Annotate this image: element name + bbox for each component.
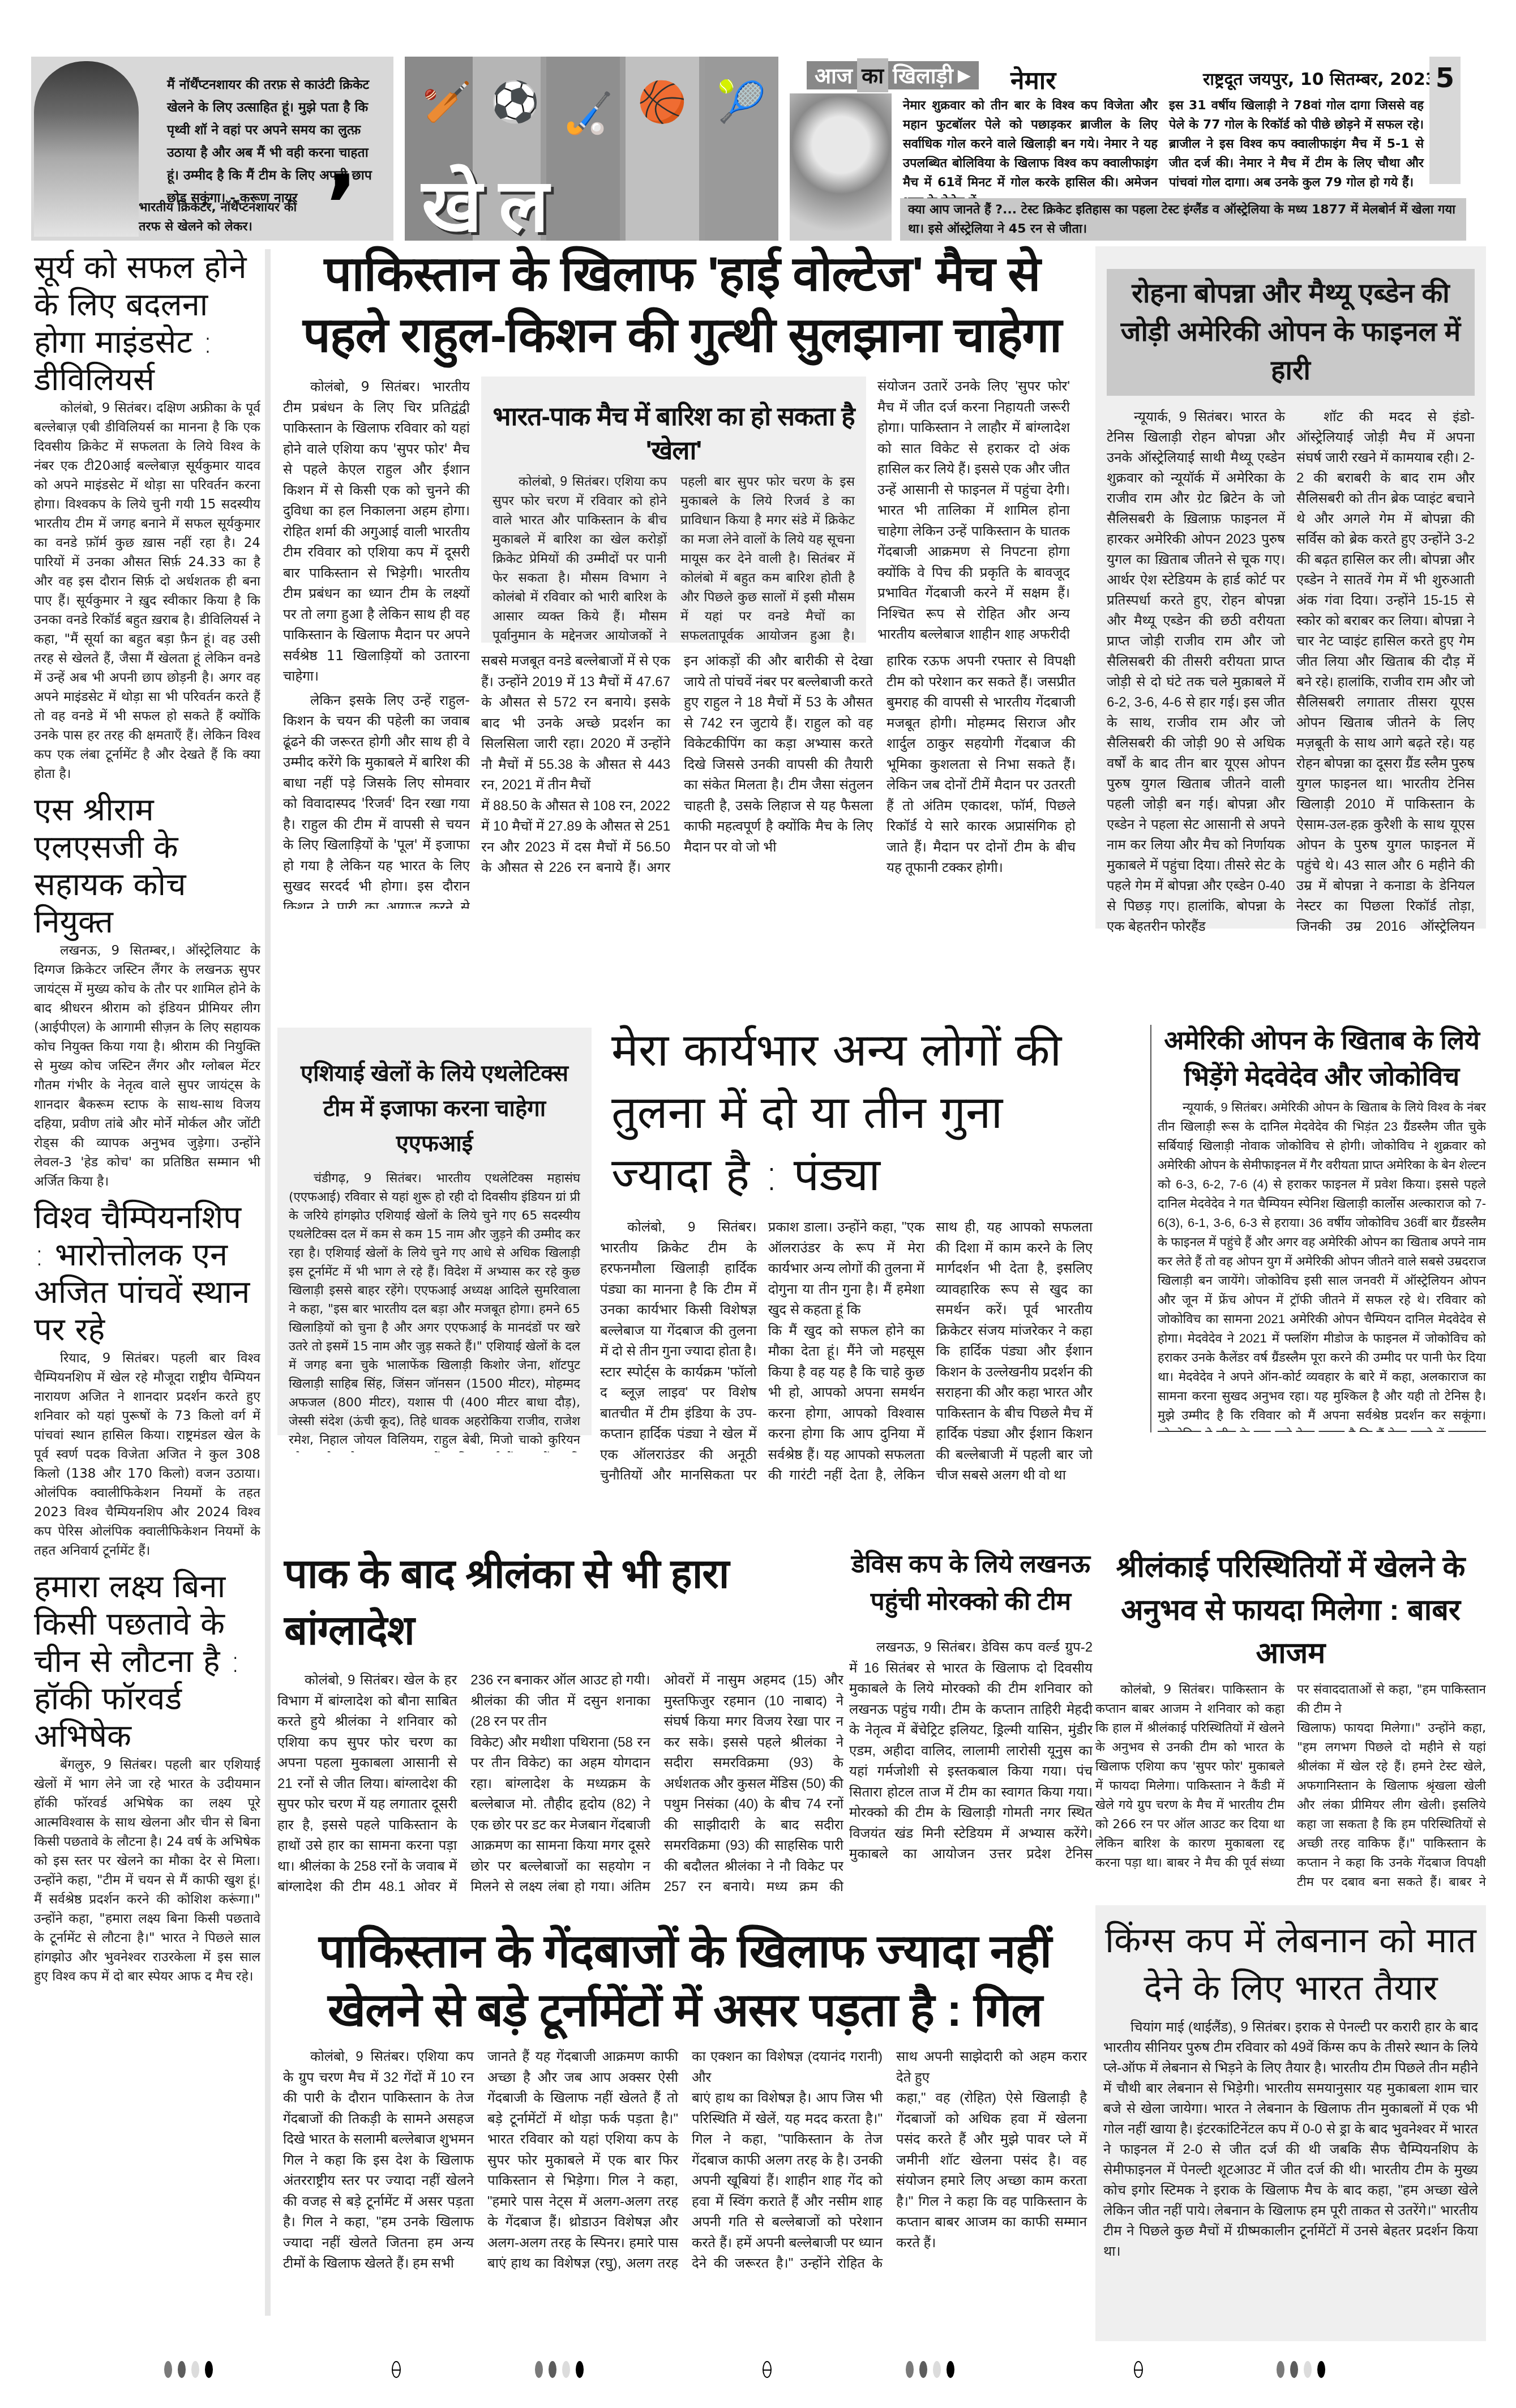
gill-body: कोलंबो, 9 सितंबर। एशिया कप के ग्रुप चरण … xyxy=(277,2047,1093,2330)
page-number: 5 xyxy=(1429,57,1461,184)
label-aaj: आज xyxy=(815,61,853,90)
kings-cup-body: चियांग माई (थाईलैंड), 9 सितंबर। इराक से … xyxy=(1103,2017,1478,2323)
body-sriram: लखनऊ, 9 सितम्बर,। ऑस्ट्रेलियाट के दिग्गज… xyxy=(34,941,260,1191)
did-you-know-box: क्या आप जानते हैं ?... टेस्ट क्रिकेट इति… xyxy=(900,198,1466,241)
section-logo-panel: 🏏 ⚽ 🏑 🏀 🎾 खेल जगत xyxy=(405,57,778,241)
lead-col-1: कोलंबो, 9 सितंबर। भारतीय टीम प्रबंधन के … xyxy=(283,377,470,909)
registration-mark-icon xyxy=(392,2361,401,2378)
player-bio-col-1: नेमार शुक्रवार को तीन बार के विश्व कप वि… xyxy=(903,96,1158,212)
hockey-icon: 🏑 xyxy=(558,79,620,147)
babar-article: श्रीलंकाई परिस्थितियों में खेलने के अनुभ… xyxy=(1095,1546,1486,1863)
tennis-icon: 🎾 xyxy=(710,68,773,136)
bopanna-col-2: शॉट की मदद से इंडो-ऑस्ट्रेलियाई जोड़ी मै… xyxy=(1296,407,1475,951)
bopanna-article: रोहना बोपन्ना और मैथ्यू एब्डेन की जोड़ी … xyxy=(1095,246,1486,929)
body-devilliers: कोलंबो, 9 सितंबर। दक्षिण अफ्रीका के पूर्… xyxy=(34,399,260,784)
bopanna-col-1: न्यूयार्क, 9 सितंबर। भारत के टेनिस खिलाड… xyxy=(1107,407,1285,937)
color-bar-icon xyxy=(906,2361,954,2378)
karun-nair-photo xyxy=(34,61,139,237)
article-sriram: एस श्रीराम एलएसजी के सहायक कोच नियुक्त ल… xyxy=(34,792,260,1191)
medvedev-headline: अमेरिकी ओपन के खिताब के लिये भिड़ेंगे मे… xyxy=(1158,1022,1486,1094)
masthead: मैं नॉर्थैंप्टनशायर की तरफ़ से काउंटी क्… xyxy=(31,57,1480,241)
lead-lower-cols: सबसे मजबूत वनडे बल्लेबाजों में से एक हैं… xyxy=(481,651,1076,912)
bopanna-headline: रोहना बोपन्ना और मैथ्यू एब्डेन की जोड़ी … xyxy=(1115,275,1467,390)
rain-inset-body: कोलंबो, 9 सितंबर। एशिया कप सुपर फोर चरण … xyxy=(493,472,855,658)
lead-col-1b-text: लेकिन इसके लिए उन्हें राहुल-किशन के चयन … xyxy=(283,690,470,909)
pandya-body: कोलंबो, 9 सितंबर। भारतीय क्रिकेट टीम के … xyxy=(600,1217,1093,1500)
neymar-photo xyxy=(790,93,892,241)
headline-sriram: एस श्रीराम एलएसजी के सहायक कोच नियुक्त xyxy=(34,792,260,941)
lead-story: पाकिस्तान के खिलाफ 'हाई वोल्टेज' मैच से … xyxy=(277,243,1087,914)
bangladesh-body: कोलंबो, 9 सितंबर। खेल के हर विभाग में बा… xyxy=(277,1670,843,1908)
color-bar-icon xyxy=(535,2361,584,2378)
lead-lower-col-1: सबसे मजबूत वनडे बल्लेबाजों में से एक हैं… xyxy=(481,651,670,796)
medvedev-article: अमेरिकी ओपन के खिताब के लिये भिड़ेंगे मे… xyxy=(1158,1022,1486,1435)
gill-headline: पाकिस्तान के गेंदबाजों के खिलाफ ज्यादा न… xyxy=(277,1922,1093,2040)
athletics-body: चंडीगढ़, 9 सितंबर। भारतीय एथलेटिक्स महास… xyxy=(289,1169,580,1452)
cricket-icon: 🏏 xyxy=(416,68,478,136)
left-column-divider xyxy=(265,249,271,2316)
dateline: राष्ट्रदूत जयपुर, 10 सितम्बर, 2023 xyxy=(1203,67,1437,90)
gill-article: पाकिस्तान के गेंदबाजों के खिलाफ ज्यादा न… xyxy=(277,1922,1093,2341)
player-of-day-label: आज का खिलाड़ी ▶ xyxy=(807,61,979,89)
athletics-headline: एशियाई खेलों के लिये एथलेटिक्स टीम में इ… xyxy=(289,1056,580,1161)
lead-col-right: संयोजन उतारें उनके लिए 'सुपर फोर' मैच मे… xyxy=(877,377,1070,643)
davis-cup-headline: डेविस कप के लिये लखनऊ पहुंची मोरक्को की … xyxy=(849,1546,1093,1620)
bangladesh-article: पाक के बाद श्रीलंका से भी हारा बांग्लादे… xyxy=(277,1546,843,1863)
davis-cup-article: डेविस कप के लिये लखनऊ पहुंची मोरक्को की … xyxy=(849,1546,1093,1863)
player-of-day-panel: आज का खिलाड़ी ▶ नेमार राष्ट्रदूत जयपुर, … xyxy=(790,57,1480,241)
lead-col-1-text: कोलंबो, 9 सितंबर। भारतीय टीम प्रबंधन के … xyxy=(283,377,470,687)
gill-col-1: कोलंबो, 9 सितंबर। एशिया कप के ग्रुप चरण … xyxy=(283,2047,474,2274)
column-rule xyxy=(1150,1025,1151,1432)
quote-panel: मैं नॉर्थैंप्टनशायर की तरफ़ से काउंटी क्… xyxy=(31,57,393,241)
bopanna-body: न्यूयार्क, 9 सितंबर। भारत के टेनिस खिलाड… xyxy=(1107,407,1475,951)
quote-caption: भारतीय क्रिकेटर, नॉर्थैंप्टनशायर की तरफ … xyxy=(139,198,309,237)
football-icon: ⚽ xyxy=(484,68,546,136)
registration-mark-icon xyxy=(763,2361,772,2378)
left-column: सूर्य को सफल होने के लिए बदलना होगा माइं… xyxy=(34,249,260,2316)
bopanna-headline-box: रोहना बोपन्ना और मैथ्यू एब्डेन की जोड़ी … xyxy=(1107,269,1475,396)
article-devilliers: सूर्य को सफल होने के लिए बदलना होगा माइं… xyxy=(34,249,260,784)
medvedev-body: न्यूयार्क, 9 सितंबर। अमेरिकी ओपन के खिता… xyxy=(1158,1098,1486,1432)
pandya-article: मेरा कार्यभार अन्य लोगों की तुलना में दो… xyxy=(600,1019,1093,1438)
did-you-know-label: क्या आप जानते हैं ?... xyxy=(908,203,1017,217)
headline-ajit: विश्व चैम्पियनशिप : भारोत्तोलक एन अजित प… xyxy=(34,1199,260,1349)
print-registration-marks xyxy=(0,2361,1516,2384)
color-bar-icon xyxy=(164,2361,213,2378)
pandya-headline: मेरा कार्यभार अन्य लोगों की तुलना में दो… xyxy=(600,1019,1093,1206)
color-bar-icon xyxy=(1277,2361,1325,2378)
rain-inset-headline: भारत-पाक मैच में बारिश का हो सकता है 'खे… xyxy=(493,399,855,467)
kings-cup-headline: किंग्स कप में लेबनान को मात देने के लिए … xyxy=(1103,1917,1478,2012)
rain-inset-box: भारत-पाक मैच में बारिश का हो सकता है 'खे… xyxy=(481,377,866,643)
arrow-right-icon: ▶ xyxy=(958,66,971,85)
gill-col-4: कहा," वह (रोहित) ऐसे खिलाड़ी है गेंदबाजो… xyxy=(896,2088,1087,2253)
davis-cup-body: लखनऊ, 9 सितंबर। डेविस कप वर्ल्ड ग्रुप-2 … xyxy=(849,1637,1093,1864)
article-abhishek: हमारा लक्ष्य बिना किसी पछतावे के चीन से … xyxy=(34,1568,260,1986)
lead-lower-col-3: हारिक रऊफ अपनी रफ्तार से विपक्षी टीम को … xyxy=(887,651,1076,879)
label-khiladi: खिलाड़ी xyxy=(893,61,953,90)
label-ka: का xyxy=(857,58,888,92)
article-ajit: विश्व चैम्पियनशिप : भारोत्तोलक एन अजित प… xyxy=(34,1199,260,1560)
babar-headline: श्रीलंकाई परिस्थितियों में खेलने के अनुभ… xyxy=(1095,1546,1486,1675)
headline-devilliers: सूर्य को सफल होने के लिए बदलना होगा माइं… xyxy=(34,249,260,399)
athletics-article: एशियाई खेलों के लिये एथलेटिक्स टीम में इ… xyxy=(277,1028,592,1435)
registration-mark-icon xyxy=(1134,2361,1143,2378)
body-abhishek: बेंगलुरु, 9 सितंबर। पहली बार एशियाई खेलो… xyxy=(34,1755,260,1986)
section-logo-text: खेल जगत xyxy=(422,153,778,241)
player-bio-col-2: इस 31 वर्षीय खिलाड़ी ने 78वां गोल दागा ज… xyxy=(1169,96,1424,193)
kings-cup-article: किंग्स कप में लेबनान को मात देने के लिए … xyxy=(1095,1905,1486,2341)
headline-abhishek: हमारा लक्ष्य बिना किसी पछतावे के चीन से … xyxy=(34,1568,260,1755)
quote-mark-icon: ’ xyxy=(326,176,359,238)
bangladesh-headline: पाक के बाद श्रीलंका से भी हारा बांग्लादे… xyxy=(277,1546,843,1659)
basketball-icon: 🏀 xyxy=(631,68,693,136)
body-ajit: रियाद, 9 सितंबर। पहली बार विश्व चैम्पियन… xyxy=(34,1349,260,1560)
babar-body: कोलंबो, 9 सितंबर। पाकिस्तान के कप्तान बा… xyxy=(1095,1680,1486,1901)
player-name: नेमार xyxy=(1010,62,1056,96)
